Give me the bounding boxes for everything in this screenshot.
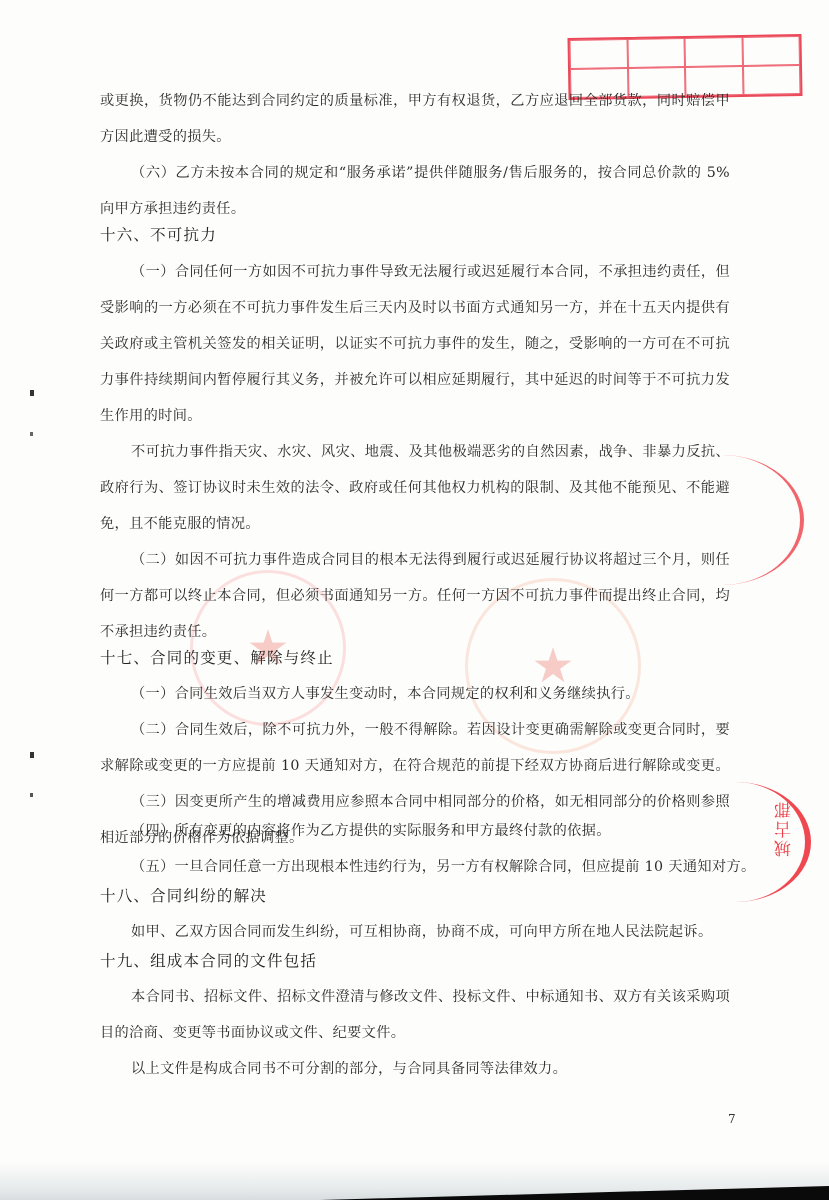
paragraph-line: 不可抗力事件指天灾、水灾、风灾、地震、及其他极端恶劣的自然因素，战争、非暴力反抗… [131,442,730,462]
document-page: ★ ★ 城古郡 或更换，货物仍不能达到合同约定的质量标准，甲方有权退货，乙方应退… [0,0,829,1200]
paragraph-line: 本合同书、招标文件、招标文件澄清与修改文件、投标文件、中标通知书、双方有关该采购… [131,987,730,1007]
paragraph-line: （三）因变更所产生的增减费用应参照本合同中相同部分的价格，如无相同部分的价格则参… [131,792,730,812]
paragraph-line: （六）乙方未按本合同的规定和“服务承诺”提供伴随服务/售后服务的，按合同总价款的… [131,163,730,183]
paragraph-line: 受影响的一方必须在不可抗力事件发生后三天内及时以书面方式通知另一方，并在十五天内… [100,298,730,318]
section-heading-18: 十八、合同纠纷的解决 [100,886,730,906]
paragraph-line: 免，且不能克服的情况。 [100,514,730,534]
paragraph-line: 不承担违约责任。 [100,622,730,642]
binding-mark [30,432,33,436]
paragraph-line: 方因此遭受的损失。 [100,127,730,147]
paragraph-line: 向甲方承担违约责任。 [100,199,730,219]
paragraph-line: （二）如因不可抗力事件造成合同目的根本无法得到履行或迟延履行协议将超过三个月，则… [131,550,730,570]
paragraph-line: （二）合同生效后，除不可抗力外，一般不得解除。若因设计变更确需解除或变更合同时，… [131,720,730,740]
paragraph-line: 何一方都可以终止本合同，但必须书面通知另一方。任何一方因不可抗力事件而提出终止合… [100,586,730,606]
paragraph-line: 以上文件是构成合同书不可分割的部分，与合同具备同等法律效力。 [131,1059,730,1079]
section-heading-19: 十九、组成本合同的文件包括 [100,951,730,971]
paragraph-line: 目的洽商、变更等书面协议或文件、纪要文件。 [100,1023,730,1043]
binding-mark [30,390,34,396]
binding-mark [30,793,33,797]
page-number: 7 [728,1112,736,1126]
paragraph-line: 生作用的时间。 [100,406,730,426]
paragraph-line: （四）所有变更的内容将作为乙方提供的实际服务和甲方最终付款的依据。 [131,821,730,841]
paragraph-line: 如甲、乙双方因合同而发生纠纷，可互相协商，协商不成，可向甲方所在地人民法院起诉。 [131,922,730,942]
paragraph-line: 或更换，货物仍不能达到合同约定的质量标准，甲方有权退货，乙方应退回全部货款，同时… [100,91,730,111]
paragraph-line: 求解除或变更的一方应提前 10 天通知对方，在符合规范的前提下经双方协商后进行解… [100,756,730,776]
paragraph-line: （一）合同任何一方如因不可抗力事件导致无法履行或迟延履行本合同，不承担违约责任，… [131,262,730,282]
section-heading-17: 十七、合同的变更、解除与终止 [100,648,730,668]
paragraph-line: （五）一旦合同任意一方出现根本性违约行为，另一方有权解除合同，但应提前 10 天… [131,857,730,877]
binding-mark [30,752,34,758]
paragraph-line: 关政府或主管机关签发的相关证明，以证实不可抗力事件的发生，随之，受影响的一方可在… [100,334,730,354]
paragraph-line: 政府行为、签订协议时未生效的法令、政府或任何其他权力机构的限制、及其他不能预见、… [100,478,730,498]
edge-seal-text: 城古郡 [772,800,797,857]
paragraph-line: （一）合同生效后当双方人事发生变动时，本合同规定的权利和义务继续执行。 [131,684,730,704]
paragraph-line: 力事件持续期间内暂停履行其义务，并被允许可以相应延期履行，其中延迟的时间等于不可… [100,370,730,390]
section-heading-16: 十六、不可抗力 [100,225,730,245]
